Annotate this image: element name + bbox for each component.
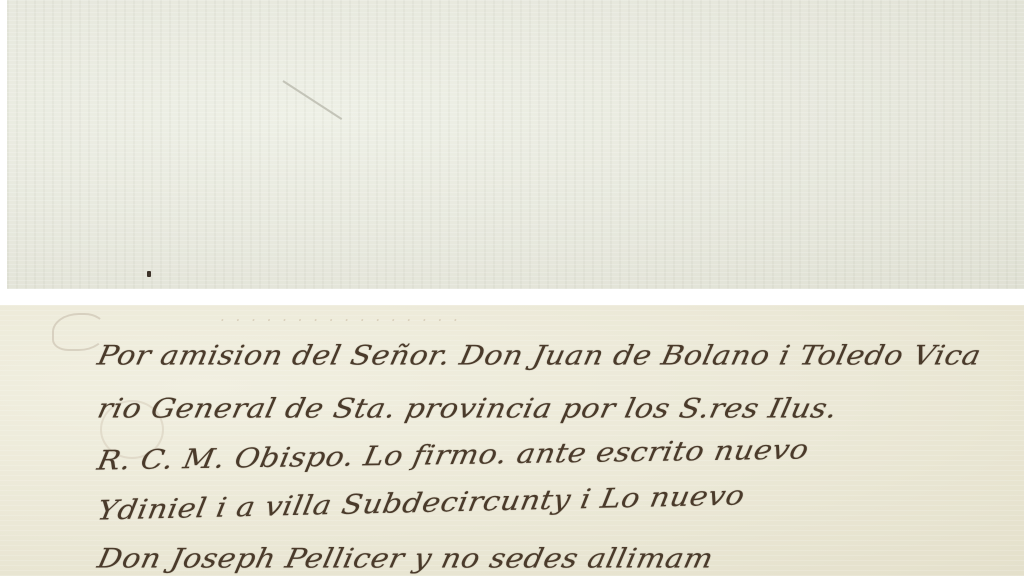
pencil-stroke-mark bbox=[282, 80, 342, 120]
manuscript-line-3: R. C. M. Obispo. Lo firmo. ante escrito … bbox=[95, 433, 1024, 475]
faded-heading-text: · · · · · · · · · · · · · · · · bbox=[220, 311, 860, 329]
manuscript-line-5: Don Joseph Pellicer y no sedes allimam bbox=[95, 546, 1024, 573]
faded-flourish-mark bbox=[52, 313, 106, 351]
manuscript-line-1: Por amision del Señor. Don Juan de Bolan… bbox=[95, 343, 1024, 370]
manuscript-line-4: Ydiniel i a villa Subdecircunty i Lo nue… bbox=[95, 476, 1024, 525]
handwritten-manuscript-sheet: · · · · · · · · · · · · · · · · Por amis… bbox=[0, 305, 1024, 576]
manuscript-line-2: rio General de Sta. provincia por los S.… bbox=[95, 396, 1024, 423]
ink-spot bbox=[147, 271, 151, 277]
blank-manuscript-sheet bbox=[7, 0, 1024, 289]
